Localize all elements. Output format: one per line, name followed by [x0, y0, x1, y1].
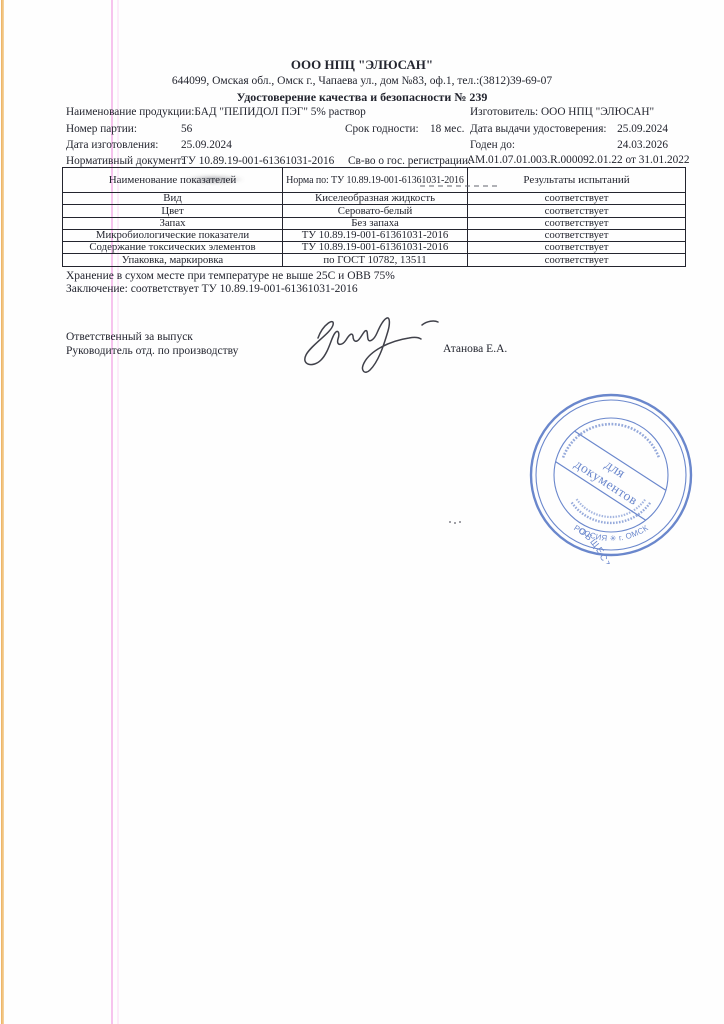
table-cell: ТУ 10.89.19-001-61361031-2016	[283, 242, 468, 254]
table-cell: Содержание токсических элементов	[63, 242, 283, 254]
table-cell: по ГОСТ 10782, 13511	[283, 254, 468, 266]
scan-edge-line	[1, 0, 4, 1024]
table-cell: соответствует	[468, 205, 686, 217]
shelf-life-value: 18 мес.	[430, 123, 464, 135]
table-header-norm: Норма по: ТУ 10.89.19-001-61361031-2016	[283, 168, 468, 193]
company-address: 644099, Омская обл., Омск г., Чапаева ул…	[0, 75, 724, 87]
scan-dots-artifact	[449, 521, 451, 523]
registration-value: АМ.01.07.01.003.R.000092.01.22 от 31.01.…	[467, 154, 690, 166]
batch-label: Номер партии:	[66, 123, 137, 135]
table-cell: соответствует	[468, 217, 686, 229]
normative-doc-value: ТУ 10.89.19-001-61361031-2016	[181, 155, 334, 167]
table-cell: Киселеобразная жидкость	[283, 193, 468, 205]
table-cell: Без запаха	[283, 217, 468, 229]
scan-smudge-artifact	[183, 175, 245, 184]
issue-date-label: Дата выдачи удостоверения:	[470, 123, 607, 135]
mfg-date-label: Дата изготовления:	[66, 139, 158, 151]
signature-dash	[422, 321, 438, 325]
table-cell: соответствует	[468, 193, 686, 205]
company-round-stamp: ОБЩЕСТВО С ОГРАНИЧЕННОЙ ОТВЕТСТВЕННОСТЬЮ…	[522, 386, 700, 564]
signature-role-line2: Руководитель отд. по производству	[66, 345, 238, 357]
product-name-row: Наименование продукции:БАД "ПЕПИДОЛ ПЭГ"…	[66, 106, 366, 118]
table-cell: Цвет	[63, 205, 283, 217]
scan-fold-line-faint	[117, 0, 119, 1024]
manufacturer-value: ООО НПЦ "ЭЛЮСАН"	[541, 106, 654, 118]
table-cell: ТУ 10.89.19-001-61361031-2016	[283, 229, 468, 241]
table-cell: Упаковка, маркировка	[63, 254, 283, 266]
valid-until-label: Годен до:	[470, 139, 515, 151]
scan-fold-line	[111, 0, 113, 1024]
company-name: ООО НПЦ "ЭЛЮСАН"	[0, 57, 724, 73]
table-header-results: Результаты испытаний	[468, 168, 686, 193]
mfg-date-value: 25.09.2024	[181, 139, 232, 151]
table-row: Микробиологические показатели ТУ 10.89.1…	[63, 229, 686, 241]
table-row: Цвет Серовато-белый соответствует	[63, 205, 686, 217]
table-cell: Запах	[63, 217, 283, 229]
table-row: Вид Киселеобразная жидкость соответствуе…	[63, 193, 686, 205]
table-cell: Серовато-белый	[283, 205, 468, 217]
table-row: Содержание токсических элементов ТУ 10.8…	[63, 242, 686, 254]
table-cell: соответствует	[468, 242, 686, 254]
table-row: Упаковка, маркировка по ГОСТ 10782, 1351…	[63, 254, 686, 266]
table-cell: соответствует	[468, 254, 686, 266]
issue-date-value: 25.09.2024	[600, 123, 668, 135]
valid-until-value: 24.03.2026	[600, 139, 668, 151]
conclusion-note: Заключение: соответствует ТУ 10.89.19-00…	[66, 283, 358, 295]
table-header-row: Наименование показателей Норма по: ТУ 10…	[63, 168, 686, 193]
document-title: Удостоверение качества и безопасности № …	[0, 90, 724, 105]
shelf-life-label: Срок годности:	[345, 123, 419, 135]
signatory-name: Атанова Е.А.	[443, 343, 507, 355]
table-cell: Вид	[63, 193, 283, 205]
scan-dash-artifact	[420, 185, 498, 187]
registration-label: Св-во о гос. регистрации:	[348, 155, 471, 167]
product-name-value: БАД "ПЕПИДОЛ ПЭГ" 5% раствор	[194, 106, 365, 118]
manufacturer-label: Изготовитель:	[470, 106, 538, 118]
stamp-bottom-text: РОССИЯ ✳ г. ОМСК	[572, 523, 650, 543]
scanned-certificate-page: ООО НПЦ "ЭЛЮСАН" 644099, Омская обл., Ом…	[0, 0, 724, 1024]
test-results-table: Наименование показателей Норма по: ТУ 10…	[62, 167, 686, 267]
handwritten-signature	[296, 312, 448, 384]
table-header-indicator: Наименование показателей	[63, 168, 283, 193]
table-cell: соответствует	[468, 229, 686, 241]
signature-stroke	[305, 318, 421, 372]
manufacturer-row: Изготовитель: ООО НПЦ "ЭЛЮСАН"	[470, 106, 654, 118]
table-row: Запах Без запаха соответствует	[63, 217, 686, 229]
normative-doc-label: Нормативный документ:	[66, 155, 184, 167]
storage-note: Хранение в сухом месте при температуре н…	[66, 270, 395, 282]
product-name-label: Наименование продукции:	[66, 106, 194, 118]
batch-value: 56	[181, 123, 192, 135]
signature-role-line1: Ответственный за выпуск	[66, 331, 193, 343]
table-cell: Микробиологические показатели	[63, 229, 283, 241]
